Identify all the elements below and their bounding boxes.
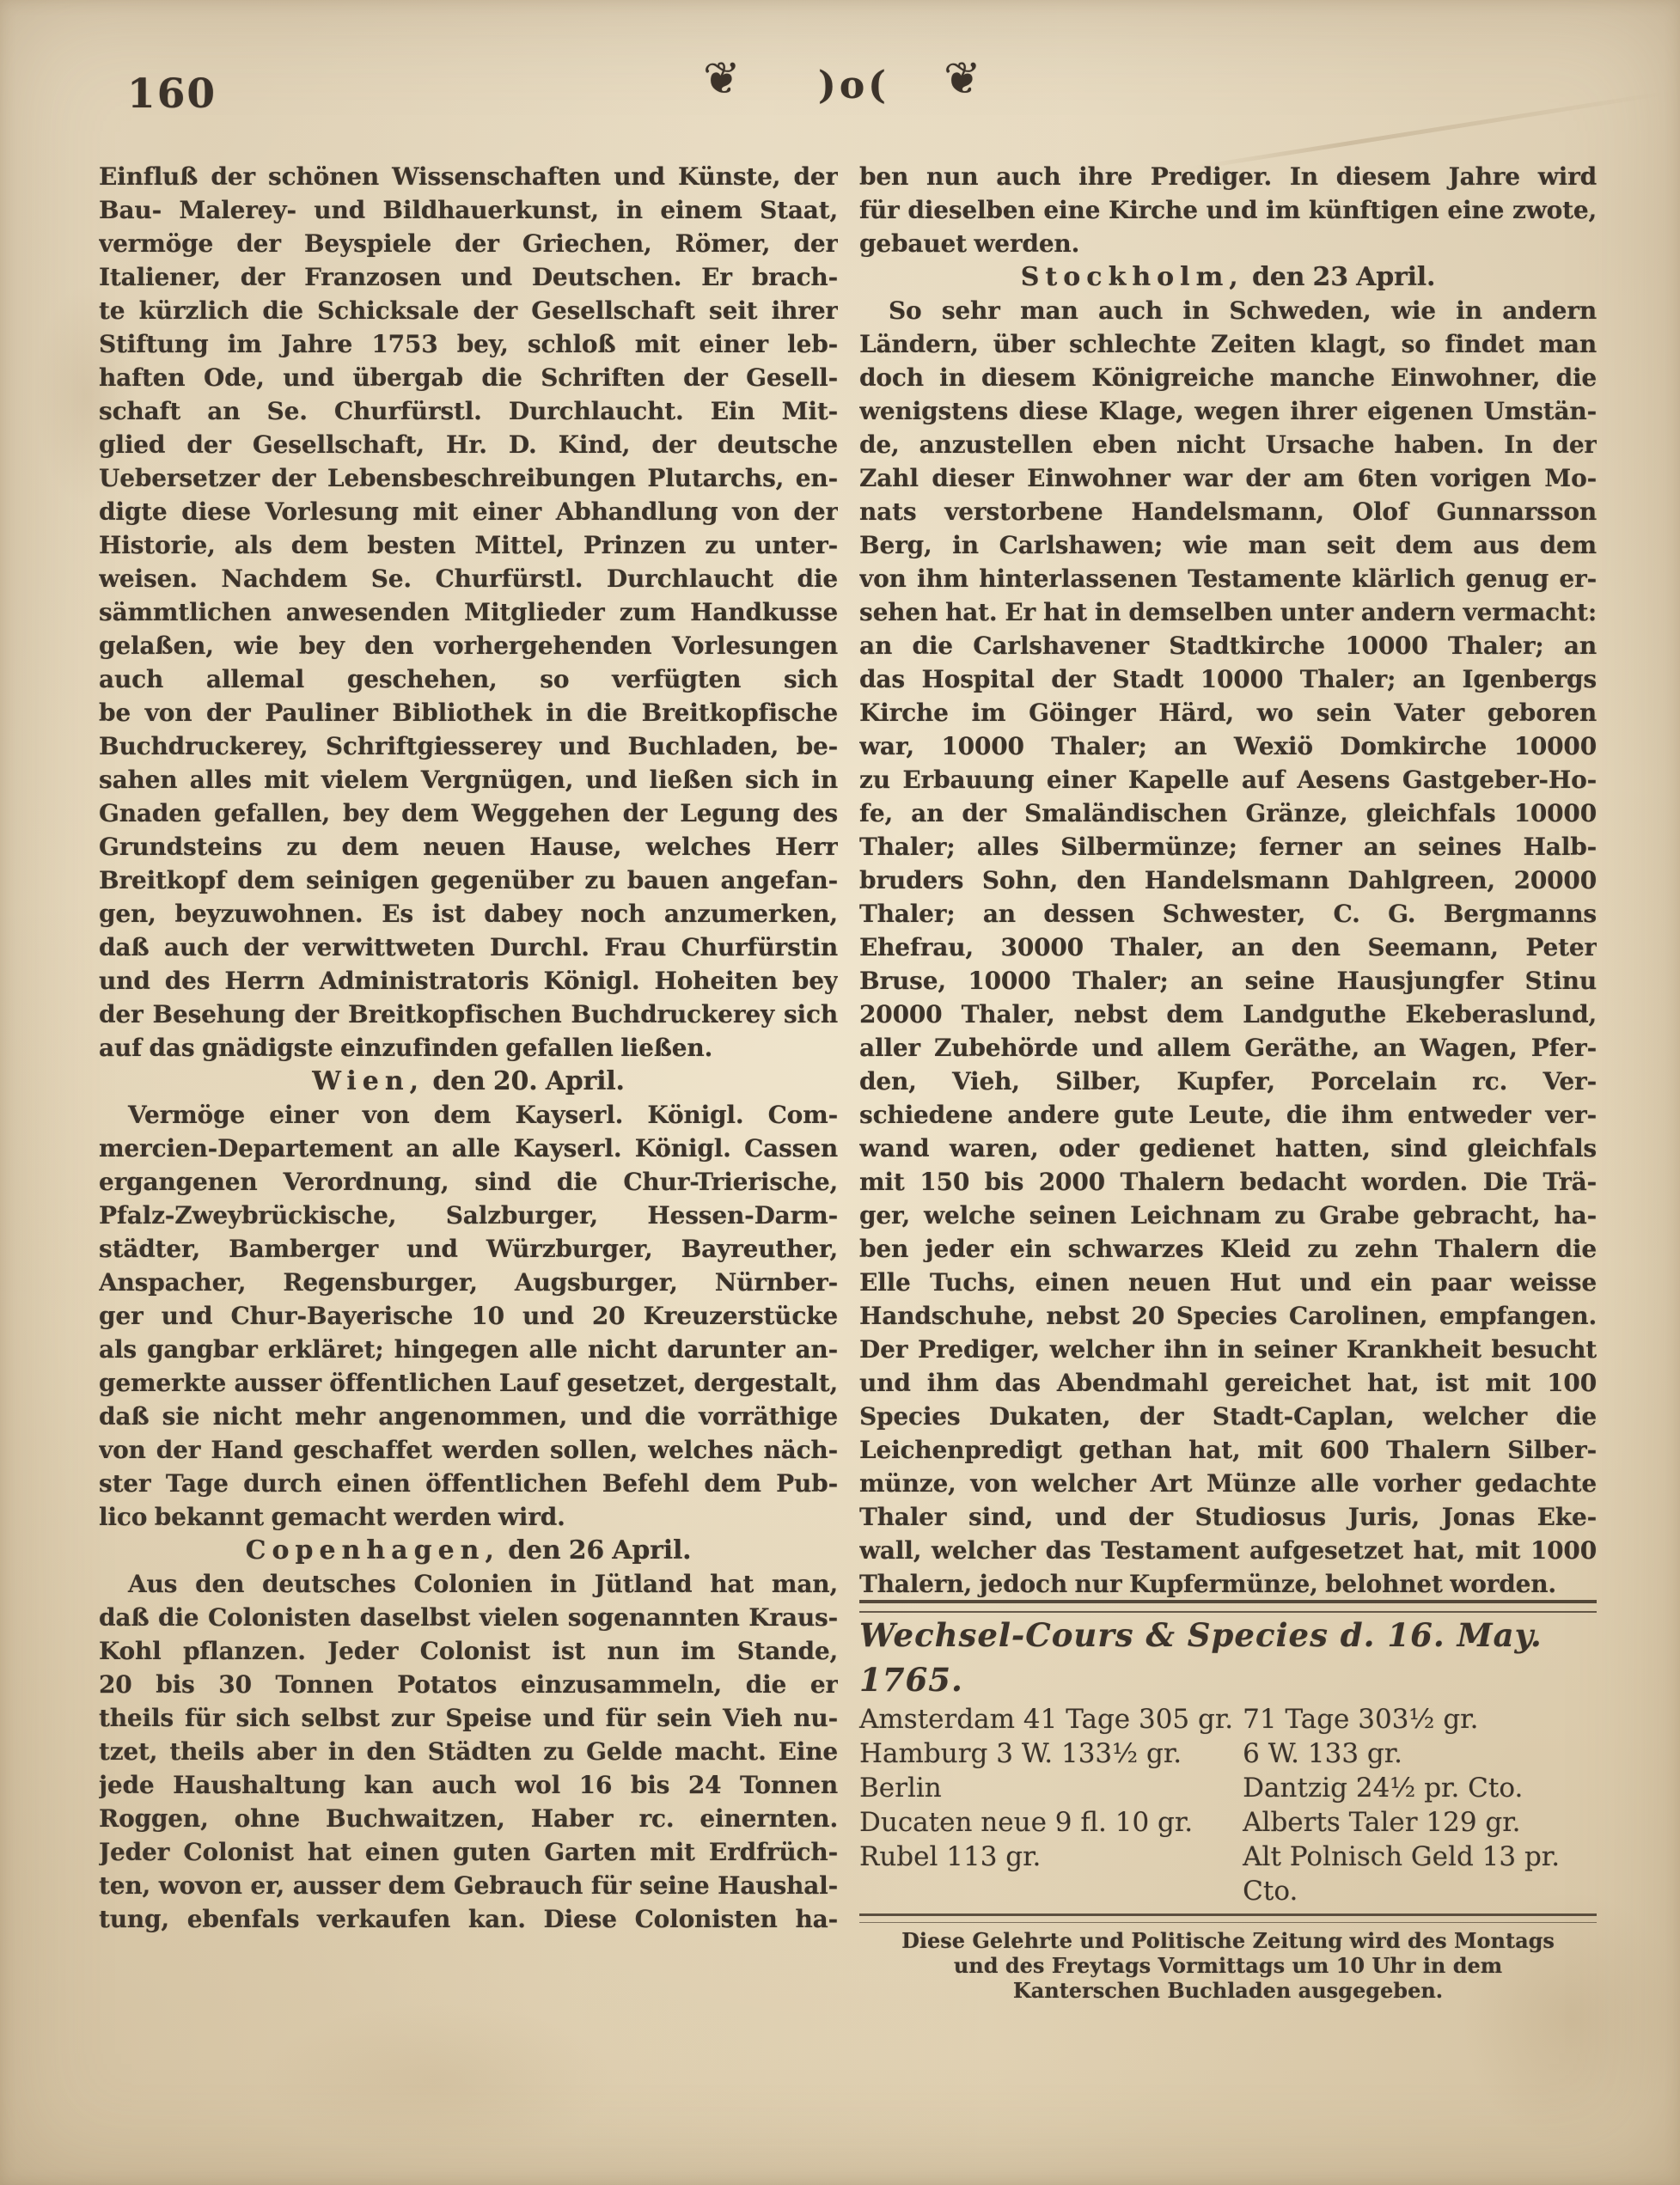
text-line: Species Dukaten, der Stadt-Caplan, welch…	[859, 1400, 1597, 1433]
text-line: gemerkte ausser öffentlichen Lauf gesetz…	[99, 1366, 838, 1400]
text-line: te kürzlich die Schicksale der Gesellsch…	[99, 294, 838, 327]
text-line: Der Prediger, welcher ihn in seiner Kran…	[859, 1333, 1597, 1366]
text-line: Zahl dieser Einwohner war der am 6ten vo…	[859, 461, 1597, 495]
page-number: 160	[127, 70, 217, 118]
paper-stain	[258, 2002, 619, 2157]
exchange-row: Rubel 113 gr.Alt Polnisch Geld 13 pr. Ct…	[859, 1840, 1597, 1908]
text-line: aller Zubehörde und allem Geräthe, an Wa…	[859, 1031, 1597, 1065]
text-line: schaft an Se. Churfürstl. Durchlaucht. E…	[99, 394, 838, 428]
imprint-line: und des Freytags Vormittags um 10 Uhr in…	[859, 1953, 1597, 1978]
exchange-rates-section: Wechsel-Cours & Species d. 16. May. 1765…	[859, 1600, 1597, 2003]
exchange-right-cell: Dantzig 24½ pr. Cto.	[1243, 1771, 1597, 1805]
exchange-right-cell: 71 Tage 303½ gr.	[1243, 1702, 1597, 1736]
text-line: Breitkopf dem seinigen gegenüber zu baue…	[99, 864, 838, 897]
text-line: Grundsteins zu dem neuen Hause, welches …	[99, 830, 838, 864]
section-heading: Copenhagen, den 26 April.	[99, 1534, 838, 1567]
left-text-column: Einfluß der schönen Wissenschaften und K…	[99, 160, 838, 1936]
section-heading: Wien, den 20. April.	[99, 1065, 838, 1098]
text-line: daß die Colonisten daselbst vielen sogen…	[99, 1601, 838, 1634]
text-line: der Besehung der Breitkopfischen Buchdru…	[99, 998, 838, 1031]
text-line: als gangbar erkläret; hingegen alle nich…	[99, 1333, 838, 1366]
text-line: mit 150 bis 2000 Thalern bedacht worden.…	[859, 1165, 1597, 1199]
text-line: Handschuhe, nebst 20 Species Carolinen, …	[859, 1299, 1597, 1333]
text-line: wenigstens diese Klage, wegen ihrer eige…	[859, 394, 1597, 428]
text-line: wall, welcher das Testament aufgesetzet …	[859, 1534, 1597, 1567]
text-line: Stiftung im Jahre 1753 bey, schloß mit e…	[99, 327, 838, 361]
text-line: sehen hat. Er hat in demselben unter and…	[859, 595, 1597, 629]
text-line: doch in diesem Königreiche manche Einwoh…	[859, 361, 1597, 394]
text-line: Kohl pflanzen. Jeder Colonist ist nun im…	[99, 1634, 838, 1668]
text-line: lico bekannt gemacht werden wird.	[99, 1500, 838, 1534]
text-line: Vermöge einer von dem Kayserl. Königl. C…	[99, 1098, 838, 1132]
text-line: Bau- Malerey- und Bildhauerkunst, in ein…	[99, 193, 838, 227]
text-line: Elle Tuchs, einen neuen Hut und ein paar…	[859, 1266, 1597, 1299]
text-line: theils für sich selbst zur Speise und fü…	[99, 1701, 838, 1735]
exchange-row: Hamburg 3 W. 133½ gr.6 W. 133 gr.	[859, 1736, 1597, 1771]
text-line: wand waren, oder gedienet hatten, sind g…	[859, 1132, 1597, 1165]
text-line: Thaler sind, und der Studiosus Juris, Jo…	[859, 1500, 1597, 1534]
column-divider-mark: )o(	[818, 64, 889, 107]
exchange-row: Ducaten neue 9 fl. 10 gr.Alberts Taler 1…	[859, 1805, 1597, 1840]
text-line: haften Ode, und übergab die Schriften de…	[99, 361, 838, 394]
text-line: das Hospital der Stadt 10000 Thaler; an …	[859, 662, 1597, 696]
imprint-notice: Diese Gelehrte und Politische Zeitung wi…	[859, 1928, 1597, 2003]
text-line: Berg, in Carlshawen; wie man seit dem au…	[859, 528, 1597, 562]
text-line: an die Carlshavener Stadtkirche 10000 Th…	[859, 629, 1597, 662]
text-line: Einfluß der schönen Wissenschaften und K…	[99, 160, 838, 193]
text-line: Gnaden gefallen, bey dem Weggehen der Le…	[99, 796, 838, 830]
text-line: von der Hand geschaffet werden sollen, w…	[99, 1433, 838, 1467]
text-line: Thalern, jedoch nur Kupfermünze, belohne…	[859, 1567, 1597, 1601]
double-rule	[859, 1913, 1597, 1923]
text-line: digte diese Vorlesung mit einer Abhandlu…	[99, 495, 838, 528]
text-line: gen, beyzuwohnen. Es ist dabey noch anzu…	[99, 897, 838, 931]
text-line: weisen. Nachdem Se. Churfürstl. Durchlau…	[99, 562, 838, 595]
imprint-line: Kanterschen Buchladen ausgegeben.	[859, 1978, 1597, 2003]
fleuron-ornament-icon: ❦	[703, 57, 741, 101]
text-line: de, anzustellen eben nicht Ursache haben…	[859, 428, 1597, 461]
text-line: auch allemal geschehen, so verfügten sic…	[99, 662, 838, 696]
right-text-column: ben nun auch ihre Prediger. In diesem Ja…	[859, 160, 1597, 1601]
text-line: So sehr man auch in Schweden, wie in and…	[859, 294, 1597, 327]
text-line: nats verstorbene Handelsmann, Olof Gunna…	[859, 495, 1597, 528]
text-line: sämmtlichen anwesenden Mitglieder zum Ha…	[99, 595, 838, 629]
text-line: Historie, als dem besten Mittel, Prinzen…	[99, 528, 838, 562]
text-line: Italiener, der Franzosen und Deutschen. …	[99, 260, 838, 294]
text-line: tzet, theils aber in den Städten zu Geld…	[99, 1735, 838, 1768]
text-line: schiedene andere gute Leute, die ihm ent…	[859, 1098, 1597, 1132]
text-line: sahen alles mit vielem Vergnügen, und li…	[99, 763, 838, 796]
text-line: Bruse, 10000 Thaler; an seine Hausjungfe…	[859, 964, 1597, 998]
text-line: gelaßen, wie bey den vorhergehenden Vorl…	[99, 629, 838, 662]
text-line: ten, wovon er, ausser dem Gebrauch für s…	[99, 1869, 838, 1902]
exchange-row: Amsterdam 41 Tage 305 gr.71 Tage 303½ gr…	[859, 1702, 1597, 1736]
text-line: ger und Chur-Bayerische 10 und 20 Kreuze…	[99, 1299, 838, 1333]
text-line: Aus den deutsches Colonien in Jütland ha…	[99, 1567, 838, 1601]
text-line: Kirche im Göinger Härd, wo sein Vater ge…	[859, 696, 1597, 729]
exchange-right-cell: Alt Polnisch Geld 13 pr. Cto.	[1243, 1840, 1597, 1908]
text-line: Leichenpredigt gethan hat, mit 600 Thale…	[859, 1433, 1597, 1467]
text-line: Anspacher, Regensburger, Augsburger, Nür…	[99, 1266, 838, 1299]
text-line: und des Herrn Administratoris Königl. Ho…	[99, 964, 838, 998]
text-line: Jeder Colonist hat einen guten Garten mi…	[99, 1835, 838, 1869]
text-line: ben nun auch ihre Prediger. In diesem Ja…	[859, 160, 1597, 193]
text-line: städter, Bamberger und Würzburger, Bayre…	[99, 1232, 838, 1266]
text-line: fe, an der Smaländischen Gränze, gleichf…	[859, 796, 1597, 830]
text-line: Thaler; alles Silbermünze; ferner an sei…	[859, 830, 1597, 864]
paper-crease	[1188, 91, 1665, 171]
text-line: ergangenen Verordnung, sind die Chur-Tri…	[99, 1165, 838, 1199]
fleuron-ornament-icon: ❦	[944, 57, 981, 101]
text-line: mercien-Departement an alle Kayserl. Kön…	[99, 1132, 838, 1165]
text-line: Uebersetzer der Lebensbeschreibungen Plu…	[99, 461, 838, 495]
text-line: Buchdruckerey, Schriftgiesserey und Buch…	[99, 729, 838, 763]
exchange-left-cell: Ducaten neue 9 fl. 10 gr.	[859, 1805, 1243, 1840]
double-rule	[859, 1600, 1597, 1613]
text-line: war, 10000 Thaler; an Wexiö Domkirche 10…	[859, 729, 1597, 763]
text-line: 20 bis 30 Tonnen Potatos einzusammeln, d…	[99, 1668, 838, 1701]
text-line: ger, welche seinen Leichnam zu Grabe geb…	[859, 1199, 1597, 1232]
text-line: von ihm hinterlassenen Testamente klärli…	[859, 562, 1597, 595]
exchange-heading: Wechsel-Cours & Species d. 16. May. 1765…	[859, 1613, 1597, 1702]
text-line: daß sie nicht mehr angenommen, und die v…	[99, 1400, 838, 1433]
text-line: tung, ebenfals verkaufen kan. Diese Colo…	[99, 1902, 838, 1936]
exchange-left-cell: Rubel 113 gr.	[859, 1840, 1243, 1908]
exchange-right-cell: 6 W. 133 gr.	[1243, 1736, 1597, 1771]
text-line: auf das gnädigste einzufinden gefallen l…	[99, 1031, 838, 1065]
text-line: Ehefrau, 30000 Thaler, an den Seemann, P…	[859, 931, 1597, 964]
text-line: Pfalz-Zweybrückische, Salzburger, Hessen…	[99, 1199, 838, 1232]
text-line: vermöge der Beyspiele der Griechen, Röme…	[99, 227, 838, 260]
text-line: Ländern, über schlechte Zeiten klagt, so…	[859, 327, 1597, 361]
text-line: be von der Pauliner Bibliothek in die Br…	[99, 696, 838, 729]
text-line: den, Vieh, Silber, Kupfer, Porcelain rc.…	[859, 1065, 1597, 1098]
exchange-left-cell: Amsterdam 41 Tage 305 gr.	[859, 1702, 1243, 1736]
text-line: gebauet werden.	[859, 227, 1597, 260]
text-line: glied der Gesellschaft, Hr. D. Kind, der…	[99, 428, 838, 461]
text-line: daß auch der verwittweten Durchl. Frau C…	[99, 931, 838, 964]
text-line: Thaler; an dessen Schwester, C. G. Bergm…	[859, 897, 1597, 931]
exchange-table: Amsterdam 41 Tage 305 gr.71 Tage 303½ gr…	[859, 1702, 1597, 1908]
section-heading: Stockholm, den 23 April.	[859, 260, 1597, 294]
text-line: 20000 Thaler, nebst dem Landguthe Ekeber…	[859, 998, 1597, 1031]
exchange-left-cell: Berlin	[859, 1771, 1243, 1805]
text-line: Roggen, ohne Buchwaitzen, Haber rc. eine…	[99, 1802, 838, 1835]
imprint-line: Diese Gelehrte und Politische Zeitung wi…	[859, 1928, 1597, 1953]
text-line: zu Erbauung einer Kapelle auf Aesens Gas…	[859, 763, 1597, 796]
text-line: für dieselben eine Kirche und im künftig…	[859, 193, 1597, 227]
exchange-right-cell: Alberts Taler 129 gr.	[1243, 1805, 1597, 1840]
text-line: und ihm das Abendmahl gereichet hat, ist…	[859, 1366, 1597, 1400]
text-line: bruders Sohn, den Handelsmann Dahlgreen,…	[859, 864, 1597, 897]
text-line: ben jeder ein schwarzes Kleid zu zehn Th…	[859, 1232, 1597, 1266]
text-line: münze, von welcher Art Münze alle vorher…	[859, 1467, 1597, 1500]
exchange-left-cell: Hamburg 3 W. 133½ gr.	[859, 1736, 1243, 1771]
newspaper-page: 160 ❦ )o( ❦ Einfluß der schönen Wissensc…	[0, 0, 1680, 2185]
exchange-row: BerlinDantzig 24½ pr. Cto.	[859, 1771, 1597, 1805]
text-line: jede Haushaltung kan auch wol 16 bis 24 …	[99, 1768, 838, 1802]
text-line: ster Tage durch einen öffentlichen Befeh…	[99, 1467, 838, 1500]
